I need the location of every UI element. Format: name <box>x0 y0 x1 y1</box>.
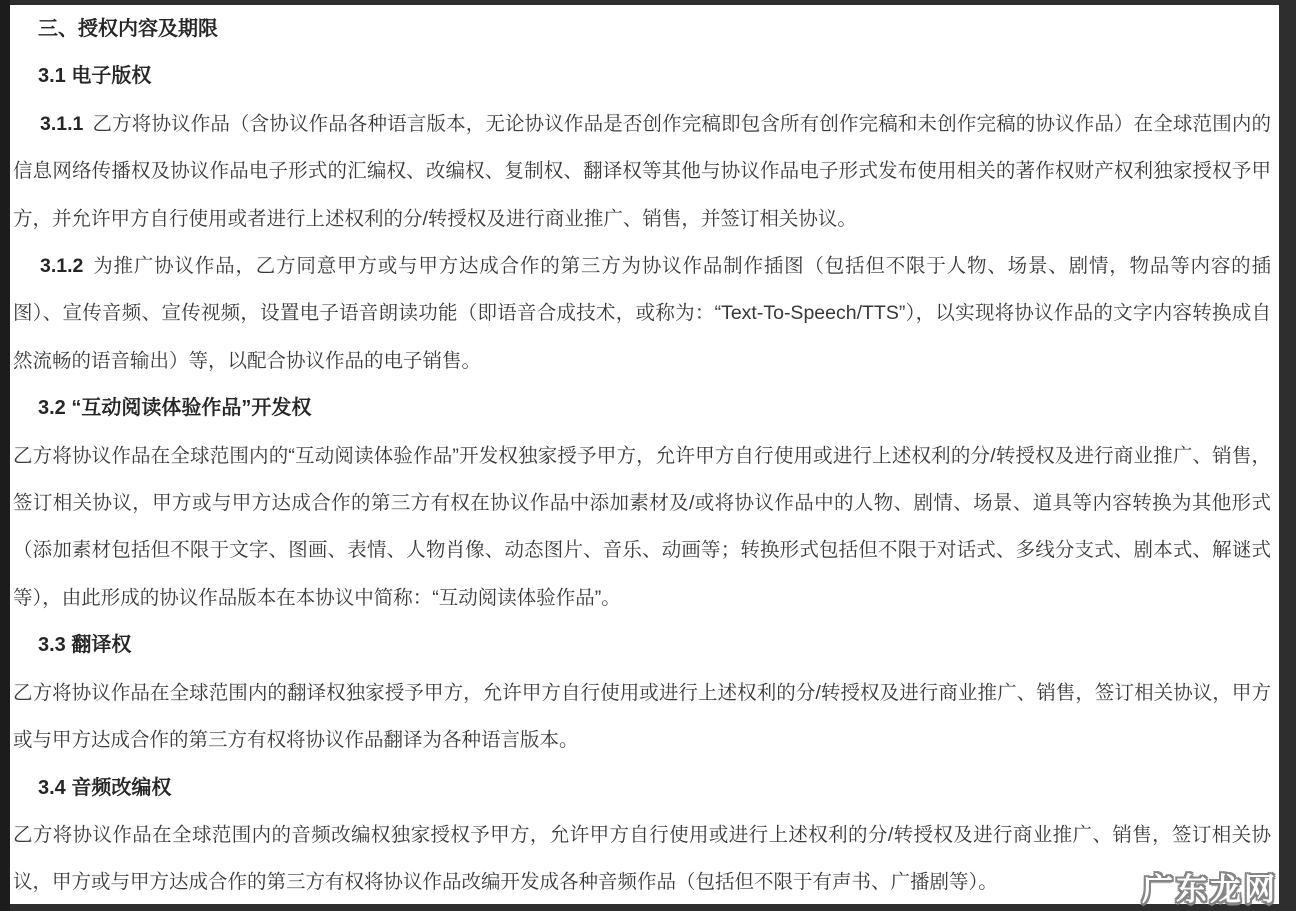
section-title: 三、授权内容及期限 <box>13 6 1271 53</box>
clause-3-1-2: 3.1.2为推广协议作品，乙方同意甲方或与甲方达成合作的第三方为协议作品制作插图… <box>13 243 1271 385</box>
subsection-heading-3-4: 3.4 音频改编权 <box>13 765 1271 812</box>
clause-3-4-body: 乙方将协议作品在全球范围内的音频改编权独家授权予甲方，允许甲方自行使用或进行上述… <box>13 812 1271 907</box>
clause-number: 3.1.1 <box>40 113 83 135</box>
clause-text: 乙方将协议作品（含协议作品各种语言版本，无论协议作品是否创作完稿即包含所有创作完… <box>13 113 1271 230</box>
clause-3-1-1: 3.1.1乙方将协议作品（含协议作品各种语言版本，无论协议作品是否创作完稿即包含… <box>13 101 1271 243</box>
clause-3-3-body: 乙方将协议作品在全球范围内的翻译权独家授予甲方，允许甲方自行使用或进行上述权利的… <box>13 670 1271 765</box>
subsection-heading-3-2: 3.2 “互动阅读体验作品”开发权 <box>13 385 1271 432</box>
clause-text: 为推广协议作品，乙方同意甲方或与甲方达成合作的第三方为协议作品制作插图（包括但不… <box>13 255 1271 372</box>
subsection-heading-3-3: 3.3 翻译权 <box>13 622 1271 669</box>
document-page: 三、授权内容及期限 3.1 电子版权 3.1.1乙方将协议作品（含协议作品各种语… <box>10 5 1279 904</box>
subsection-heading-3-1: 3.1 电子版权 <box>13 53 1271 100</box>
page-background: 三、授权内容及期限 3.1 电子版权 3.1.1乙方将协议作品（含协议作品各种语… <box>0 0 1296 911</box>
clause-3-2-body: 乙方将协议作品在全球范围内的“互动阅读体验作品”开发权独家授予甲方，允许甲方自行… <box>13 433 1271 623</box>
clause-number: 3.1.2 <box>40 255 83 277</box>
watermark-logo: 广东龙网 <box>1142 864 1278 909</box>
